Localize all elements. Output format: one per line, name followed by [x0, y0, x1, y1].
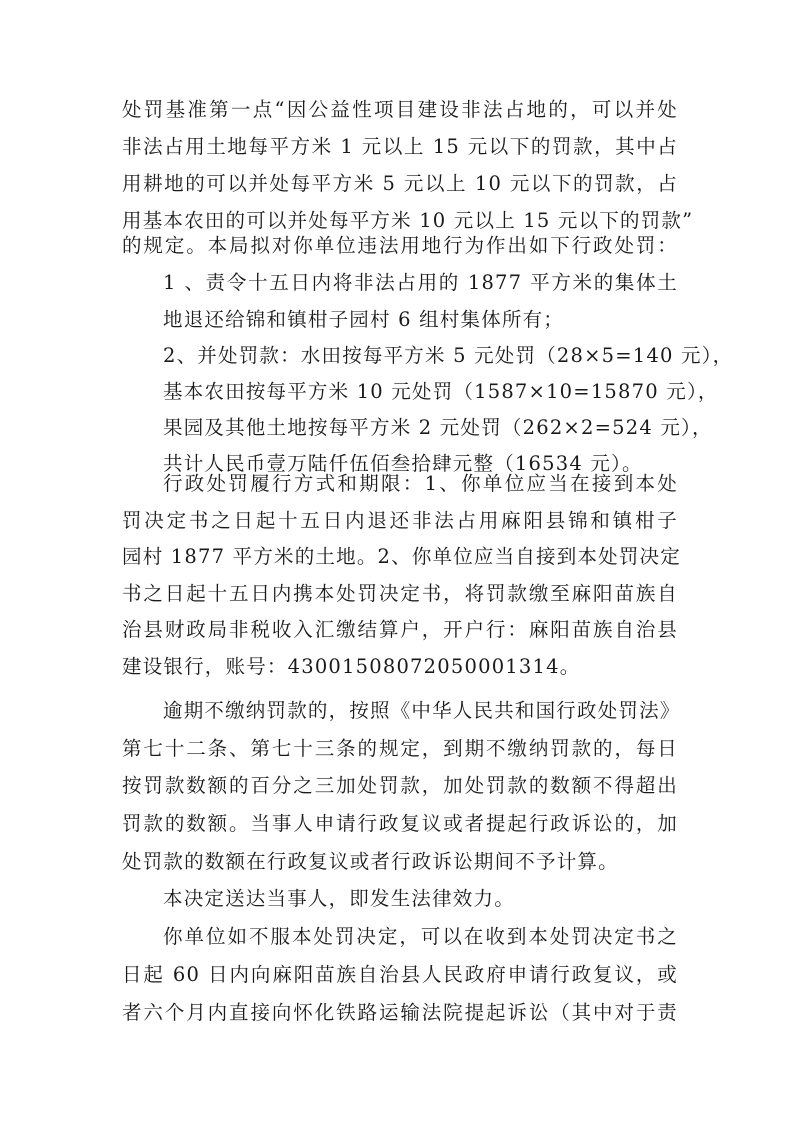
paragraph-line: 处罚款的数额在行政复议或者行政诉讼期间不予计算。: [122, 847, 678, 877]
list-item-line: 果园及其他土地按每平方米 2 元处罚（262×2=524 元），: [163, 413, 678, 443]
paragraph-line: 非法占用土地每平方米 1 元以上 15 元以下的罚款，其中占: [122, 132, 678, 162]
paragraph-line: 日起 60 日内向麻阳苗族自治县人民政府申请行政复议，或: [122, 960, 678, 990]
list-item-line: 2、并处罚款：水田按每平方米 5 元处罚（28×5=140 元），: [163, 341, 678, 371]
paragraph-line: 处罚基准第一点“因公益性项目建设非法占地的，可以并处: [122, 95, 678, 125]
document-page: 处罚基准第一点“因公益性项目建设非法占地的，可以并处 非法占用土地每平方米 1 …: [0, 0, 793, 1122]
paragraph-line: 你单位如不服本处罚决定，可以在收到本处罚决定书之: [163, 922, 678, 952]
paragraph-line: 罚款的数额。当事人申请行政复议或者提起行政诉讼的，加: [122, 809, 678, 839]
paragraph-line: 逾期不缴纳罚款的，按照《中华人民共和国行政处罚法》: [163, 696, 678, 726]
paragraph-line: 本决定送达当事人，即发生法律效力。: [163, 884, 678, 914]
paragraph-line: 园村 1877 平方米的土地。2、你单位应当自接到本处罚决定: [122, 542, 678, 572]
paragraph-line: 按罚款数额的百分之三加处罚款，加处罚款的数额不得超出: [122, 771, 678, 801]
paragraph-line: 建设银行，账号：43001508072050001314。: [122, 652, 678, 682]
paragraph-line: 行政处罚履行方式和期限：1、你单位应当在接到本处: [163, 469, 678, 499]
paragraph-line: 者六个月内直接向怀化铁路运输法院提起诉讼（其中对于责: [122, 998, 678, 1028]
paragraph-line: 治县财政局非税收入汇缴结算户，开户行：麻阳苗族自治县: [122, 615, 678, 645]
paragraph-line: 的规定。本局拟对你单位违法用地行为作出如下行政处罚：: [122, 231, 678, 261]
paragraph-line: 书之日起十五日内携本处罚决定书，将罚款缴至麻阳苗族自: [122, 579, 678, 609]
paragraph-line: 用耕地的可以并处每平方米 5 元以上 10 元以下的罚款，占: [122, 169, 678, 199]
list-item-line: 地退还给锦和镇柑子园村 6 组村集体所有；: [163, 305, 678, 335]
list-item-line: 1 、责令十五日内将非法占用的 1877 平方米的集体土: [163, 268, 678, 298]
paragraph-line: 第七十二条、第七十三条的规定，到期不缴纳罚款的，每日: [122, 734, 678, 764]
paragraph-line: 罚决定书之日起十五日内退还非法占用麻阳县锦和镇柑子: [122, 506, 678, 536]
list-item-line: 基本农田按每平方米 10 元处罚（1587×10=15870 元），: [163, 377, 678, 407]
